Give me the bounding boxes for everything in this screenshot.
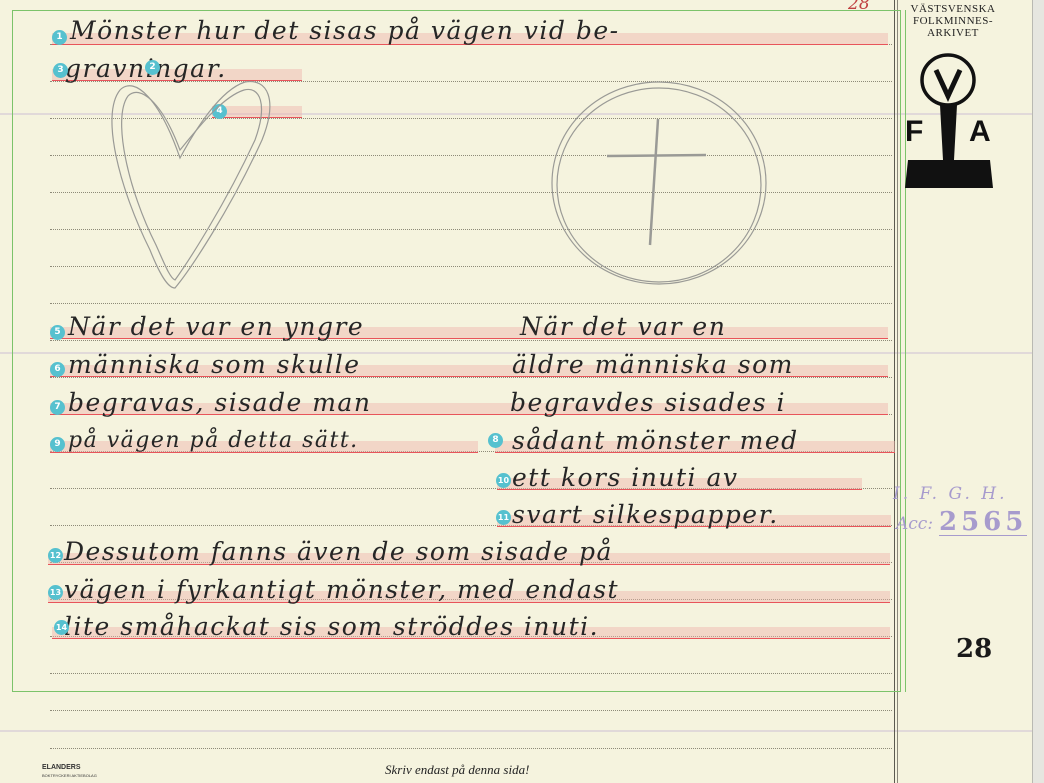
- archive-logo-icon: F A: [905, 55, 993, 188]
- svg-text:A: A: [969, 115, 991, 148]
- page-number: 28: [956, 634, 992, 664]
- archive-stamp-acc-number: 2565: [939, 509, 1027, 536]
- archive-name-line: VÄSTSVENSKA: [898, 3, 1008, 15]
- footer-instruction: Skriv endast på denna sida!: [385, 762, 529, 778]
- printer-mark: ELANDERS: [42, 764, 81, 771]
- document-page: Mönster hur det sisas på vägen vid be- g…: [0, 0, 1032, 783]
- archive-stamp-acc-label: Acc:: [896, 514, 933, 534]
- archive-stamp-initials: I. F. G. H.: [893, 484, 1008, 504]
- archive-name-line: ARKIVET: [898, 27, 1008, 39]
- heart-drawing-icon: [112, 82, 270, 288]
- svg-text:F: F: [905, 115, 923, 148]
- archive-name-line: FOLKMINNES-: [898, 15, 1008, 27]
- corner-page-annotation: 28: [848, 0, 870, 14]
- page-edge: [1032, 0, 1044, 783]
- archive-name: VÄSTSVENSKA FOLKMINNES- ARKIVET: [898, 3, 1008, 39]
- pencil-drawings: F A: [0, 0, 1044, 783]
- printer-mark-sub: BOKTRYCKERI AKTIEBOLAG: [42, 773, 97, 778]
- circle-cross-drawing-icon: [552, 82, 766, 284]
